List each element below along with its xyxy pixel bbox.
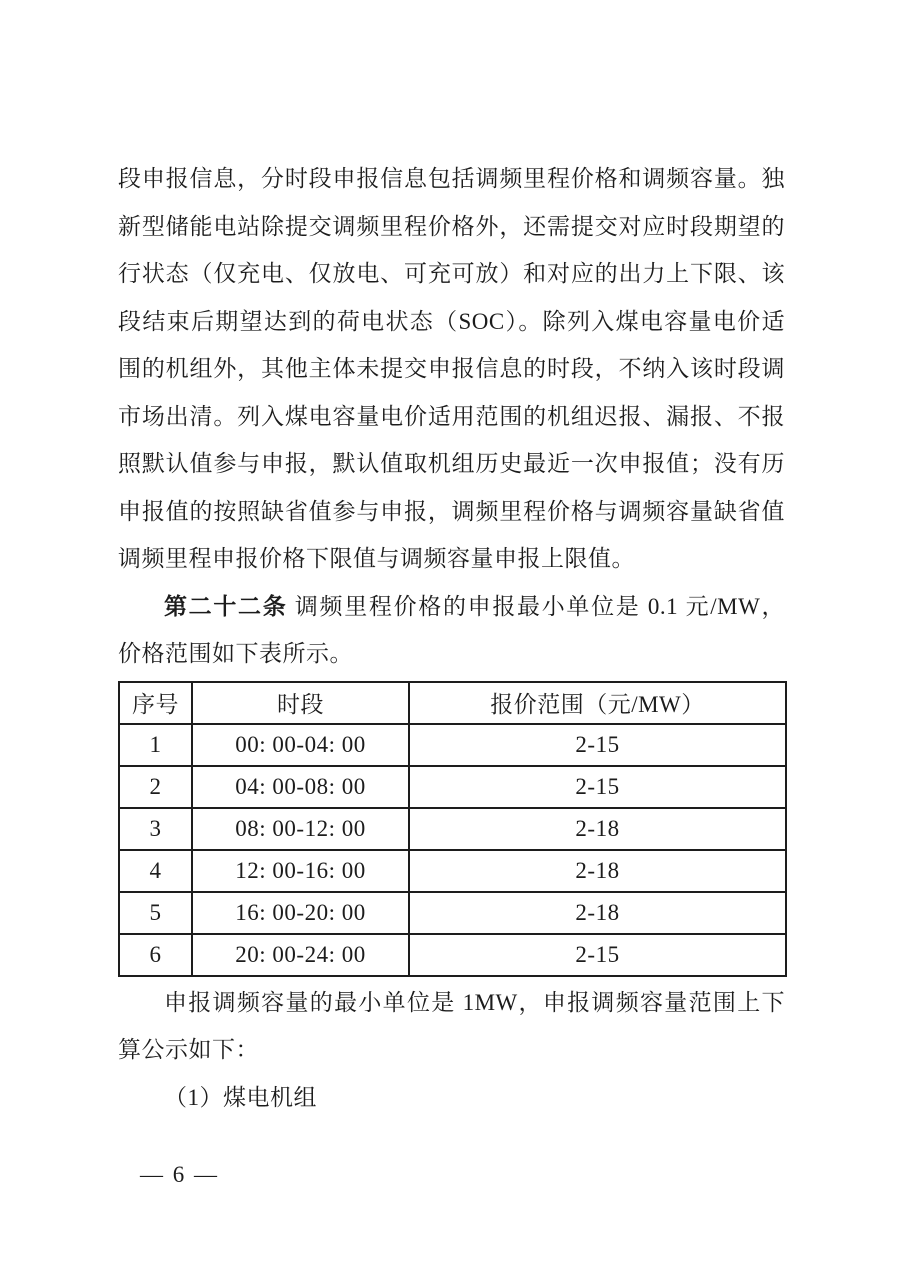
paragraph-line: 调频里程申报价格下限值与调频容量申报上限值。 <box>118 535 785 583</box>
table-row: 5 16: 00-20: 00 2-18 <box>119 892 786 934</box>
cell-price-range: 2-18 <box>409 850 786 892</box>
cell-period: 04: 00-08: 00 <box>192 766 409 808</box>
cell-index: 3 <box>119 808 192 850</box>
cell-period: 08: 00-12: 00 <box>192 808 409 850</box>
table-row: 2 04: 00-08: 00 2-15 <box>119 766 786 808</box>
col-header-period: 时段 <box>192 682 409 724</box>
cell-index: 1 <box>119 724 192 766</box>
cell-period: 00: 00-04: 00 <box>192 724 409 766</box>
col-header-price-range: 报价范围（元/MW） <box>409 682 786 724</box>
paragraph-line: 照默认值参与申报，默认值取机组历史最近一次申报值；没有历史 <box>118 440 785 488</box>
cell-price-range: 2-15 <box>409 724 786 766</box>
cell-price-range: 2-18 <box>409 892 786 934</box>
table-row: 3 08: 00-12: 00 2-18 <box>119 808 786 850</box>
paragraph-line: 行状态（仅充电、仅放电、可充可放）和对应的出力上下限、该时 <box>118 250 785 298</box>
col-header-index: 序号 <box>119 682 192 724</box>
cell-period: 16: 00-20: 00 <box>192 892 409 934</box>
paragraph-line: 段结束后期望达到的荷电状态（SOC）。除列入煤电容量电价适用范 <box>118 298 785 346</box>
list-item-coal-unit: （1）煤电机组 <box>118 1074 785 1122</box>
document-page: 段申报信息，分时段申报信息包括调频里程价格和调频容量。独立 新型储能电站除提交调… <box>0 0 900 1272</box>
cell-index: 6 <box>119 934 192 976</box>
cell-period: 20: 00-24: 00 <box>192 934 409 976</box>
cell-period: 12: 00-16: 00 <box>192 850 409 892</box>
table-row: 4 12: 00-16: 00 2-18 <box>119 850 786 892</box>
paragraph-line: 算公示如下： <box>118 1026 785 1074</box>
paragraph-line: 围的机组外，其他主体未提交申报信息的时段，不纳入该时段调频 <box>118 345 785 393</box>
table-row: 6 20: 00-24: 00 2-15 <box>119 934 786 976</box>
article-22-number: 第二十二条 <box>164 593 287 619</box>
paragraph-line: 申报值的按照缺省值参与申报，调频里程价格与调频容量缺省值为 <box>118 488 785 536</box>
article-22-line: 第二十二条 调频里程价格的申报最小单位是 0.1 元/MW， 申报 <box>118 583 785 631</box>
cell-index: 5 <box>119 892 192 934</box>
paragraph-line: 段申报信息，分时段申报信息包括调频里程价格和调频容量。独立 <box>118 155 785 203</box>
cell-price-range: 2-15 <box>409 766 786 808</box>
paragraph-line: 新型储能电站除提交调频里程价格外，还需提交对应时段期望的运 <box>118 203 785 251</box>
cell-price-range: 2-15 <box>409 934 786 976</box>
page-content: 段申报信息，分时段申报信息包括调频里程价格和调频容量。独立 新型储能电站除提交调… <box>118 155 785 1121</box>
price-range-table: 序号 时段 报价范围（元/MW） 1 00: 00-04: 00 2-15 2 … <box>118 681 787 977</box>
article-22-line-2: 价格范围如下表所示。 <box>118 630 785 678</box>
table-row: 1 00: 00-04: 00 2-15 <box>119 724 786 766</box>
cell-index: 2 <box>119 766 192 808</box>
cell-index: 4 <box>119 850 192 892</box>
paragraph-line: 市场出清。列入煤电容量电价适用范围的机组迟报、漏报、不报按 <box>118 393 785 441</box>
page-number: — 6 — <box>140 1160 219 1190</box>
table-header-row: 序号 时段 报价范围（元/MW） <box>119 682 786 724</box>
paragraph-line: 申报调频容量的最小单位是 1MW，申报调频容量范围上下限计 <box>118 979 785 1027</box>
cell-price-range: 2-18 <box>409 808 786 850</box>
